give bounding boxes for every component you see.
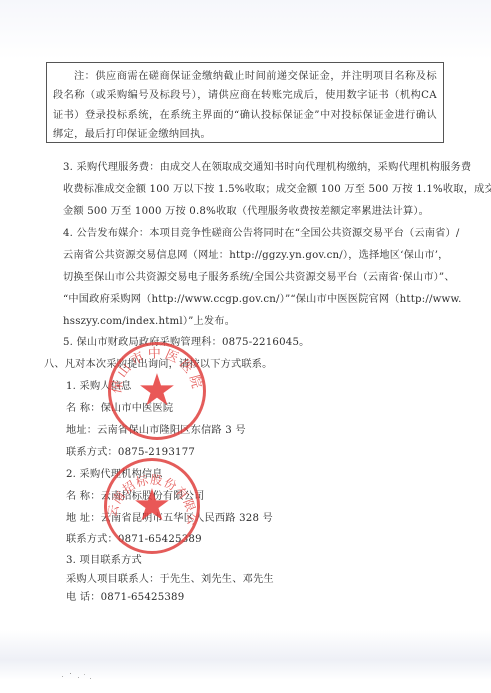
item4-line-4: “中国政府采购网（http://www.ccgp.gov.cn/）”“保山市中医…: [63, 290, 462, 305]
item4-line-2: 云南省公共资源交易信息网（网址：http://ggzy.yn.gov.cn/），…: [63, 246, 449, 261]
seal-star-icon: ★: [137, 369, 176, 413]
seal-star-icon: ★: [132, 484, 171, 528]
item3-line-1: 3. 采购代理服务费：由成交人在领取成交通知书时向代理机构缴纳，采购代理机构服务…: [63, 158, 471, 173]
agency-seal: 云南招标股份有限公司 ★: [104, 458, 200, 554]
project-contact-persons: 采购人项目联系人：于先生、刘先生、邓先生: [66, 570, 274, 585]
item3-line-3: 金额 500 万至 1000 万按 0.8%收取（代理服务收费按差额定率累进法计…: [63, 202, 429, 217]
document-page: 注：供应商需在磋商保证金缴纳截止时间前递交保证金，并注明项目名称及标段名称（或采…: [0, 0, 491, 693]
item3-line-2: 收费标准成交金额 100 万以下按 1.5%收取；成交金额 100 万至 500…: [63, 180, 491, 195]
deposit-note-box: 注：供应商需在磋商保证金缴纳截止时间前递交保证金，并注明项目名称及标段名称（或采…: [46, 62, 444, 143]
item4-line-1: 4. 公告发布媒介：本项目竞争性磋商公告将同时在“全国公共资源交易平台（云南省）…: [63, 224, 460, 239]
item4-line-5: hsszyy.com/index.html）”上发布。: [63, 312, 235, 327]
purchaser-seal: 保山市中医医院 ★: [108, 342, 206, 440]
project-contact-phone: 电 话：0871-65425389: [66, 588, 184, 603]
item4-line-3: 切换至保山市公共资源交易电子服务系统/全国公共资源交易平台（云南省·保山市）”、: [63, 268, 455, 283]
deposit-note-text: 注：供应商需在磋商保证金缴纳截止时间前递交保证金，并注明项目名称及标段名称（或采…: [53, 67, 437, 144]
scan-noise: [60, 670, 100, 682]
purchaser-contact: 联系方式：0875-2193177: [66, 443, 195, 458]
